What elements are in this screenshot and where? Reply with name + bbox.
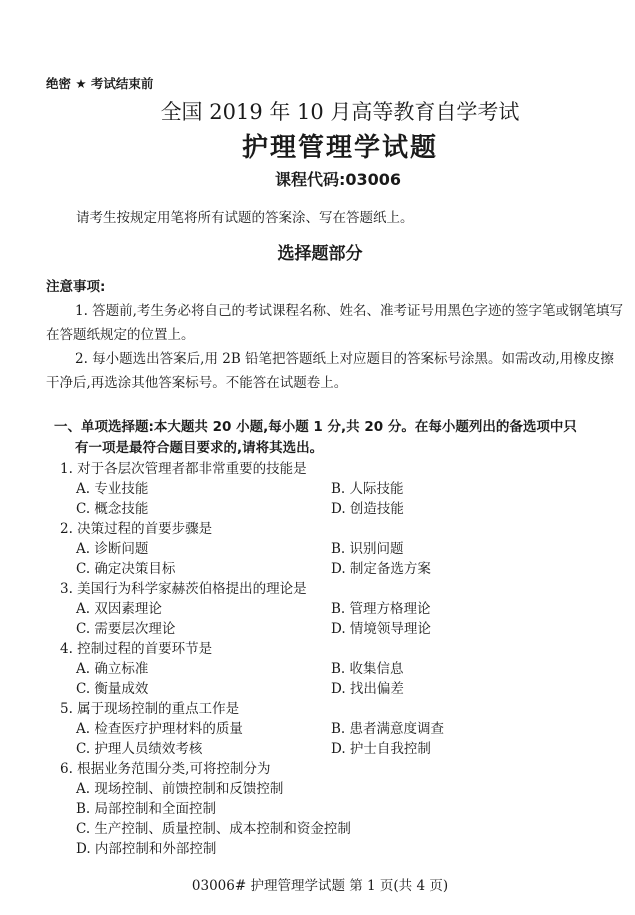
- option-b: B. 局部控制和全面控制: [76, 797, 216, 817]
- option-b: B. 收集信息: [331, 657, 404, 677]
- exam-subtitle: 全国 2019 年 10 月高等教育自学考试: [0, 96, 635, 126]
- confidential-label: 绝密 ★ 考试结束前: [46, 74, 153, 92]
- note-2-line-1: 2. 每小题选出答案后,用 2B 铅笔把答题纸上对应题目的答案标号涂黑。如需改动…: [75, 347, 614, 367]
- option-c: C. 确定决策目标: [76, 557, 175, 577]
- option-a: A. 检查医疗护理材料的质量: [76, 717, 243, 737]
- answer-instruction: 请考生按规定用笔将所有试题的答案涂、写在答题纸上。: [76, 206, 414, 226]
- question-stem: 5. 属于现场控制的重点工作是: [60, 697, 239, 717]
- question-stem: 2. 决策过程的首要步骤是: [60, 517, 212, 537]
- option-b: B. 识别问题: [331, 537, 404, 557]
- option-a: A. 诊断问题: [76, 537, 148, 557]
- option-a: A. 专业技能: [76, 477, 148, 497]
- page-footer: 03006# 护理管理学试题 第 1 页(共 4 页): [0, 874, 635, 894]
- option-b: B. 患者满意度调查: [331, 717, 444, 737]
- option-d: D. 创造技能: [331, 497, 404, 517]
- option-c: C. 护理人员绩效考核: [76, 737, 202, 757]
- option-d: D. 内部控制和外部控制: [76, 837, 216, 857]
- note-1-line-2: 在答题纸规定的位置上。: [46, 323, 195, 343]
- question-stem: 1. 对于各层次管理者都非常重要的技能是: [60, 457, 307, 477]
- note-1-line-1: 1. 答题前,考生务必将自己的考试课程名称、姓名、准考证号用黑色字迹的签字笔或钢…: [75, 299, 623, 319]
- question-stem: 6. 根据业务范围分类,可将控制分为: [60, 757, 270, 777]
- option-c: C. 需要层次理论: [76, 617, 175, 637]
- part-title: 选择题部分: [0, 239, 635, 264]
- notes-heading: 注意事项:: [46, 275, 105, 295]
- option-a: A. 确立标准: [76, 657, 148, 677]
- option-d: D. 制定备选方案: [331, 557, 431, 577]
- question-stem: 3. 美国行为科学家赫茨伯格提出的理论是: [60, 577, 307, 597]
- question-stem: 4. 控制过程的首要环节是: [60, 637, 212, 657]
- note-2-line-2: 干净后,再选涂其他答案标号。不能答在试题卷上。: [46, 371, 347, 391]
- option-a: A. 现场控制、前馈控制和反馈控制: [76, 777, 283, 797]
- section-heading-line-2: 有一项是最符合题目要求的,请将其选出。: [75, 436, 323, 456]
- option-c: C. 概念技能: [76, 497, 148, 517]
- option-a: A. 双因素理论: [76, 597, 162, 617]
- option-d: D. 护士自我控制: [331, 737, 431, 757]
- page-title: 护理管理学试题: [0, 127, 635, 164]
- option-b: B. 管理方格理论: [331, 597, 431, 617]
- option-b: B. 人际技能: [331, 477, 404, 497]
- section-heading-line-1: 一、单项选择题:本大题共 20 小题,每小题 1 分,共 20 分。在每小题列出…: [54, 415, 577, 435]
- option-c: C. 生产控制、质量控制、成本控制和资金控制: [76, 817, 351, 837]
- option-d: D. 情境领导理论: [331, 617, 431, 637]
- course-code: 课程代码:03006: [0, 167, 635, 190]
- option-d: D. 找出偏差: [331, 677, 404, 697]
- option-c: C. 衡量成效: [76, 677, 148, 697]
